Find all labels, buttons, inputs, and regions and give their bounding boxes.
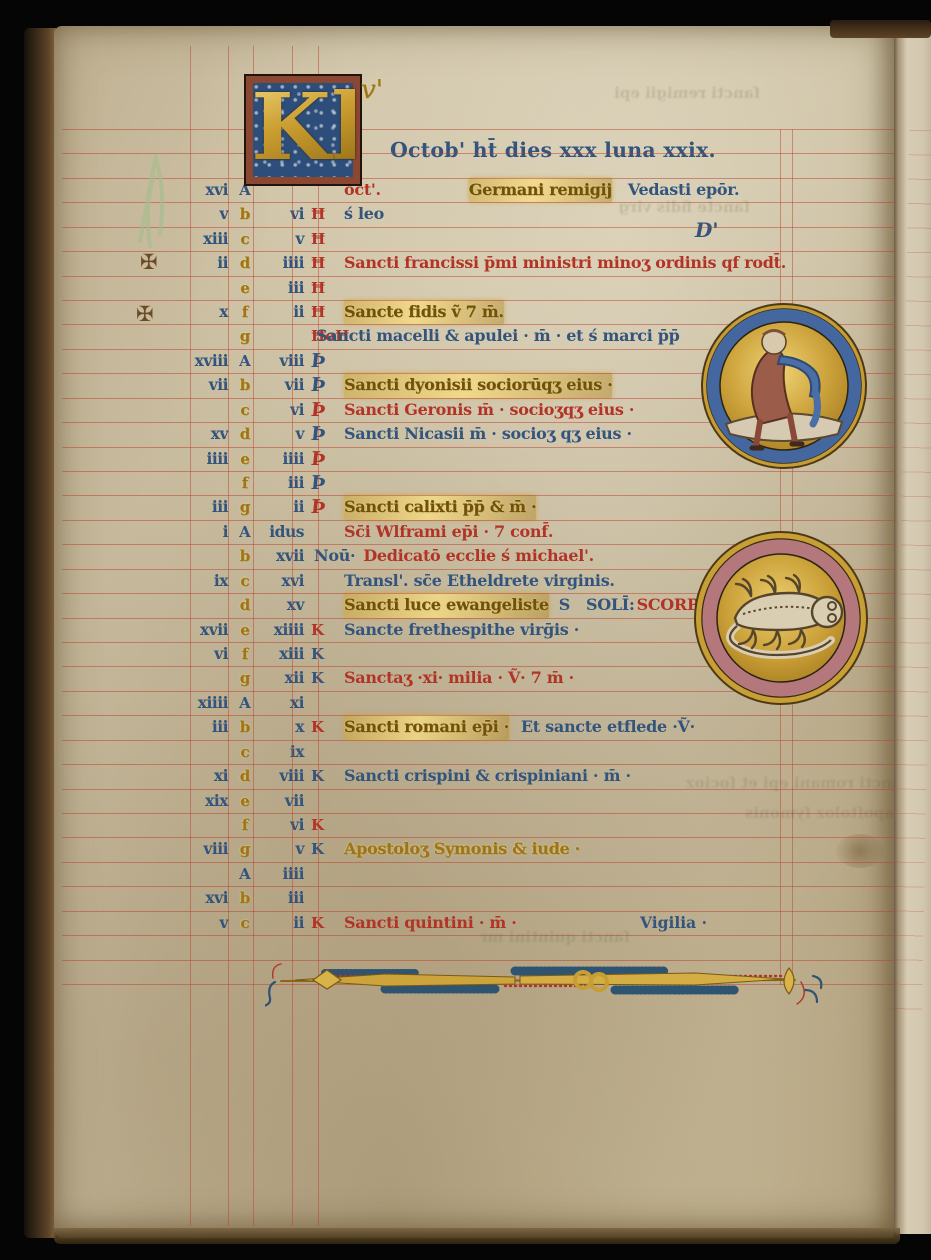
month-heading: Octob' ht̄ dies xxx luna xxix. — [390, 138, 716, 162]
margin-cross-icon: ✠ — [136, 302, 154, 326]
page-edge-bottom — [54, 1228, 900, 1244]
col-gn — [138, 862, 228, 886]
feast-entry: Sancti macelli & apulei · m̄ · et ś marc… — [316, 324, 680, 348]
col-tx: Sanctaʒ ·xi· milia · Ṽ· 7 m̄ · — [344, 666, 574, 690]
ruled-line-horizontal — [62, 862, 900, 863]
calendar-row: cix — [54, 740, 892, 764]
col-gn: vi — [138, 642, 228, 666]
col-tx: Sancti Nicasii m̄ · socioʒ qʒ eius · — [344, 422, 632, 446]
calendar-row: iiigiiÞSancti calixti p̄p̄ & m̄ · — [54, 495, 892, 519]
col-gn: iiii — [138, 447, 228, 471]
col-mk — [311, 691, 343, 715]
col-ct: ii — [252, 300, 304, 324]
col-ct: vii — [252, 373, 304, 397]
col-tx: Transl'. sc̄e Etheldrete virginis. — [344, 569, 615, 593]
col-mk: K — [311, 642, 343, 666]
col-gn: viii — [138, 837, 228, 861]
col-ct: ii — [252, 911, 304, 935]
manuscript-page: Kl v' Octob' ht̄ dies xxx luna xxix. ✠ ✠… — [54, 26, 894, 1238]
feast-entry: Germani remigij — [469, 178, 612, 202]
col-ct: x — [252, 715, 304, 739]
col-gn — [138, 593, 228, 617]
feast-entry: Et sancte etflede ·Ṽ· — [521, 715, 695, 739]
col-ct: vi — [252, 398, 304, 422]
col-mk: Þ — [311, 495, 343, 519]
feast-entry: Sancti francissi p̄mi ministri minoʒ ord… — [344, 251, 786, 275]
col-gn: i — [138, 520, 228, 544]
col-ct: iii — [252, 886, 304, 910]
col-tx: Sancti dyonisii sociorūqʒ eius · — [344, 373, 612, 397]
col-ct: ix — [252, 740, 304, 764]
col-ct: v — [252, 837, 304, 861]
col-mk — [311, 520, 343, 544]
col-ct: iii — [252, 276, 304, 300]
col-tx: Sancti macelli & apulei · m̄ · et ś marc… — [344, 324, 680, 348]
feast-entry: Sancti Nicasii m̄ · socioʒ qʒ eius · — [344, 422, 632, 446]
col-ct: iiii — [252, 447, 304, 471]
col-gn: xix — [138, 789, 228, 813]
col-mk: Ħ — [311, 227, 343, 251]
col-ct: viii — [252, 349, 304, 373]
ruled-line-horizontal — [62, 471, 900, 472]
ruled-line-vertical — [318, 46, 319, 1226]
ink-bleedthrough: ſancti quintini mr — [330, 928, 630, 946]
binding-edge-top — [830, 20, 931, 38]
ruled-line-vertical — [228, 46, 229, 1226]
ruled-line-horizontal — [62, 740, 900, 741]
col-ct: vii — [252, 789, 304, 813]
col-ct: viii — [252, 764, 304, 788]
col-mk: Þ — [311, 471, 343, 495]
col-tx: Sc̄i Wlframi ep̄i · 7 conf̄. — [344, 520, 553, 544]
calendar-row: fiiiÞ — [54, 471, 892, 495]
ruled-line-horizontal — [62, 764, 900, 765]
col-mk: K — [311, 666, 343, 690]
ruled-line-vertical — [292, 46, 293, 1226]
feast-entry: Sancti calixti p̄p̄ & m̄ · — [344, 495, 536, 519]
feast-entry: S — [559, 593, 570, 617]
ruled-line-horizontal — [62, 837, 900, 838]
margin-cross-icon: ✠ — [140, 250, 158, 274]
col-gn — [138, 276, 228, 300]
col-mk: Þ — [311, 349, 343, 373]
col-ct: ii — [252, 495, 304, 519]
col-tx: Sancti Geronis m̄ · socioʒqʒ eius · — [344, 398, 634, 422]
feast-entry: Noū· — [314, 544, 355, 568]
col-ct: iiii — [252, 251, 304, 275]
next-page-edge — [894, 34, 931, 1234]
col-mk: Ħ — [311, 251, 343, 275]
col-tx: Sancte frethespithe virḡis · — [344, 618, 579, 642]
col-tx: Sancti francissi p̄mi ministri minoʒ ord… — [344, 251, 786, 275]
col-ct: vi — [252, 202, 304, 226]
col-mk — [311, 862, 343, 886]
col-mk: Ħ — [311, 300, 343, 324]
col-gn — [138, 398, 228, 422]
feast-entry: ś leo — [344, 202, 384, 226]
ruled-line-vertical — [253, 46, 254, 1226]
col-ct: iiii — [252, 862, 304, 886]
col-mk — [311, 789, 343, 813]
feast-entry: Sancti dyonisii sociorūqʒ eius · — [344, 373, 612, 397]
page-stain — [836, 834, 884, 868]
feast-entry: Transl'. sc̄e Etheldrete virginis. — [344, 569, 615, 593]
col-tx: Sancti crispini & crispiniani · m̄ · — [344, 764, 631, 788]
col-tx: Sancte fidis ṽ 7 m̄. — [344, 300, 504, 324]
feast-entry: Dedicatō ecclie ś michael'. — [363, 544, 594, 568]
ink-bleedthrough: ſancti romani epi et ſocioz — [658, 774, 908, 792]
col-ct: xiiii — [252, 618, 304, 642]
col-tx: Sancti calixti p̄p̄ & m̄ · — [344, 495, 536, 519]
col-mk: K — [311, 764, 343, 788]
col-gn — [138, 740, 228, 764]
col-ct: xv — [252, 593, 304, 617]
calendar-row: iiibxKSancti romani ep̄i ·Et sancte etfl… — [54, 715, 892, 739]
feast-entry: Apostoloʒ Symonis & iude · — [344, 837, 580, 861]
ruled-line-horizontal — [62, 300, 900, 301]
feast-entry: Sancte frethespithe virḡis · — [344, 618, 579, 642]
col-mk — [311, 569, 343, 593]
col-mk: Þ — [311, 422, 343, 446]
col-ct: idus — [252, 520, 304, 544]
ruled-line-horizontal — [62, 495, 900, 496]
kl-initial-letters: Kl — [251, 67, 355, 187]
col-mk: Þ — [311, 447, 343, 471]
col-gn — [138, 666, 228, 690]
col-mk — [311, 593, 343, 617]
ink-bleedthrough: ſancti remigii epi — [590, 84, 760, 102]
col-gn: iii — [138, 495, 228, 519]
col-gn: v — [138, 911, 228, 935]
col-ct: iii — [252, 471, 304, 495]
col-ct: xi — [252, 691, 304, 715]
col-mk — [311, 886, 343, 910]
col-gn: ix — [138, 569, 228, 593]
feast-entry: Sancti crispini & crispiniani · m̄ · — [344, 764, 631, 788]
col-ct: xii — [252, 666, 304, 690]
roundel-zodiac-scorpio — [693, 530, 869, 706]
feast-entry: Sancti romani ep̄i · — [344, 715, 509, 739]
col-mk: Ħ — [311, 202, 343, 226]
col-mk: Ħ — [311, 276, 343, 300]
col-mk — [311, 740, 343, 764]
plant-sprig-offset — [126, 146, 196, 276]
col-gn: iii — [138, 715, 228, 739]
kl-flourish: v' — [361, 75, 383, 105]
roundel-labor-sowing — [700, 302, 868, 470]
col-mk: K — [311, 837, 343, 861]
col-tx: Noū·Dedicatō ecclie ś michael'. — [344, 544, 594, 568]
col-mk: Þ — [311, 398, 343, 422]
col-mk: K — [311, 813, 343, 837]
ruled-line-horizontal — [62, 715, 900, 716]
ruled-line-horizontal — [62, 886, 900, 887]
col-tx: ś leo — [344, 202, 384, 226]
col-gn: xi — [138, 764, 228, 788]
ruled-line-horizontal — [62, 520, 900, 521]
col-ct: xvii — [252, 544, 304, 568]
feast-entry: Sanctaʒ ·xi· milia · Ṽ· 7 m̄ · — [344, 666, 574, 690]
col-ct: v — [252, 227, 304, 251]
col-gn: xiiii — [138, 691, 228, 715]
feast-entry: Sancti Geronis m̄ · socioʒqʒ eius · — [344, 398, 634, 422]
ink-bleedthrough: ſancte fidis virg — [600, 198, 750, 216]
manuscript-photo: Kl v' Octob' ht̄ dies xxx luna xxix. ✠ ✠… — [0, 0, 931, 1260]
margin-note: Vigilia · — [640, 911, 707, 935]
book-spine — [24, 28, 56, 1238]
col-gn: vii — [138, 373, 228, 397]
col-gn: xvii — [138, 618, 228, 642]
col-ct: xvi — [252, 569, 304, 593]
col-mk: Þ — [311, 373, 343, 397]
col-gn — [138, 813, 228, 837]
col-mk: K — [311, 618, 343, 642]
col-mk: K — [311, 715, 343, 739]
ruled-line-horizontal — [62, 911, 900, 912]
ink-bleedthrough: apoſtoloz ſymonis — [674, 804, 894, 822]
calendar-row: xvibiii — [54, 886, 892, 910]
col-ct: xiii — [252, 642, 304, 666]
col-ct: v — [252, 422, 304, 446]
col-gn: xviii — [138, 349, 228, 373]
ruled-line-horizontal — [62, 129, 900, 130]
col-ct — [252, 324, 304, 348]
col-tx: Sancti luce ewangelisteSSOLĪ:SCORPIONE — [344, 593, 746, 617]
col-gn: xv — [138, 422, 228, 446]
col-tx: Sancti romani ep̄i ·Et sancte etflede ·Ṽ… — [344, 715, 695, 739]
col-gn — [138, 544, 228, 568]
calendar-row: Aiiii — [54, 862, 892, 886]
calendar-row: eiiiĦ — [54, 276, 892, 300]
feast-entry: Sancte fidis ṽ 7 m̄. — [344, 300, 504, 324]
col-ct: vi — [252, 813, 304, 837]
kl-initial-panel: Kl v' — [246, 76, 360, 184]
calendar-row: viiigvKApostoloʒ Symonis & iude · — [54, 837, 892, 861]
feast-entry: Sc̄i Wlframi ep̄i · 7 conf̄. — [344, 520, 553, 544]
col-gn — [138, 471, 228, 495]
col-tx: Apostoloʒ Symonis & iude · — [344, 837, 580, 861]
feast-entry: SOLĪ: — [586, 593, 635, 617]
col-gn: xvi — [138, 886, 228, 910]
feast-entry: Sancti luce ewangeliste — [344, 593, 549, 617]
penwork-line-filler — [265, 956, 825, 1012]
col-gn — [138, 324, 228, 348]
